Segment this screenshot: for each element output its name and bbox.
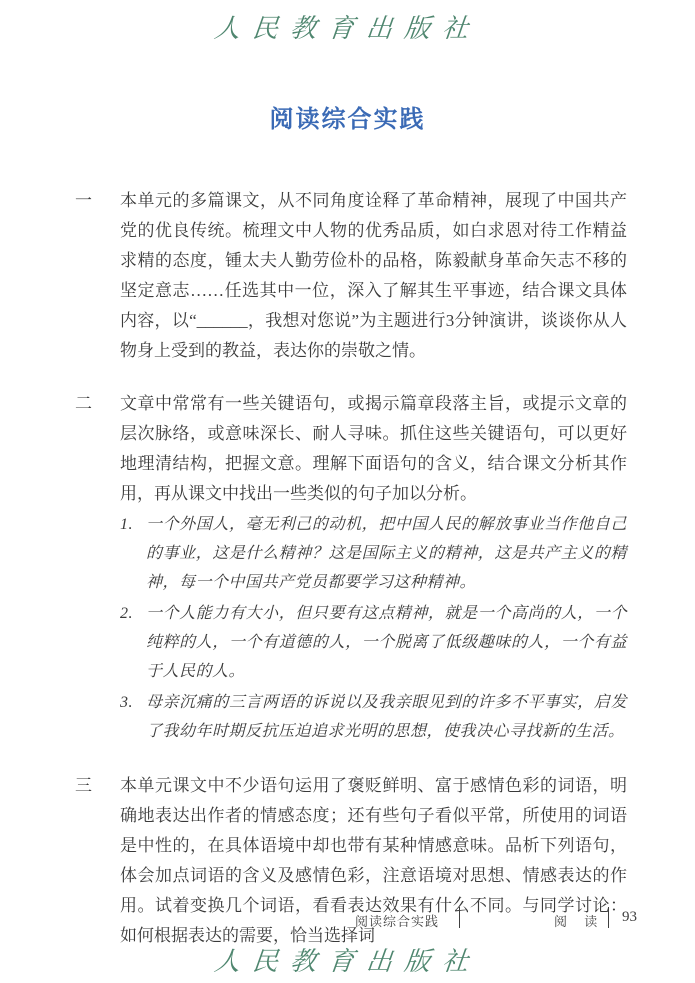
footer-divider: [459, 907, 460, 928]
page-number: 93: [622, 909, 637, 926]
list-item-text: 母亲沉痛的三言两语的诉说以及我亲眼见到的许多不平事实，启发了我幼年时期反抗压迫追…: [146, 688, 627, 746]
footer-divider: [608, 907, 609, 928]
list-item-number: 3.: [120, 688, 146, 746]
quoted-sentence-list: 1. 一个外国人，毫无利己的动机，把中国人民的解放事业当作他自己的事业，这是什么…: [120, 510, 627, 746]
list-item-text: 一个人能力有大小，但只要有这点精神，就是一个高尚的人，一个纯粹的人，一个有道德的…: [146, 599, 627, 686]
page-footer: 阅读综合实践 阅 读 93: [0, 906, 695, 932]
section-two-marker: 二: [75, 389, 120, 748]
section-one-body: 本单元的多篇课文，从不同角度诠释了革命精神，展现了中国共产党的优良传统。梳理文中…: [120, 186, 627, 366]
section-two-text: 文章中常常有一些关键语句，或揭示篇章段落主旨，或提示文章的层次脉络，或意味深长、…: [120, 389, 627, 509]
publisher-logo-top: 人民教育出版社: [0, 8, 695, 45]
list-item-text: 一个外国人，毫无利己的动机，把中国人民的解放事业当作他自己的事业，这是什么精神？…: [146, 510, 627, 597]
list-item-number: 2.: [120, 599, 146, 686]
publisher-logo-bottom: 人民教育出版社: [0, 941, 695, 978]
list-item-number: 1.: [120, 510, 146, 597]
exercise-content: 一 本单元的多篇课文，从不同角度诠释了革命精神，展现了中国共产党的优良传统。梳理…: [75, 186, 627, 951]
list-item: 2. 一个人能力有大小，但只要有这点精神，就是一个高尚的人，一个纯粹的人，一个有…: [120, 599, 627, 686]
section-one: 一 本单元的多篇课文，从不同角度诠释了革命精神，展现了中国共产党的优良传统。梳理…: [75, 186, 627, 366]
footer-unit-title: 阅 读: [554, 911, 604, 930]
list-item: 3. 母亲沉痛的三言两语的诉说以及我亲眼见到的许多不平事实，启发了我幼年时期反抗…: [120, 688, 627, 746]
textbook-page: 人民教育出版社 阅读综合实践 一 本单元的多篇课文，从不同角度诠释了革命精神，展…: [0, 0, 695, 983]
section-one-text: 本单元的多篇课文，从不同角度诠释了革命精神，展现了中国共产党的优良传统。梳理文中…: [120, 186, 627, 366]
footer-chapter-title: 阅读综合实践: [355, 911, 439, 930]
section-one-marker: 一: [75, 186, 120, 366]
page-title: 阅读综合实践: [0, 99, 695, 134]
section-two-body: 文章中常常有一些关键语句，或揭示篇章段落主旨，或提示文章的层次脉络，或意味深长、…: [120, 389, 627, 748]
list-item: 1. 一个外国人，毫无利己的动机，把中国人民的解放事业当作他自己的事业，这是什么…: [120, 510, 627, 597]
section-two: 二 文章中常常有一些关键语句，或揭示篇章段落主旨，或提示文章的层次脉络，或意味深…: [75, 389, 627, 748]
